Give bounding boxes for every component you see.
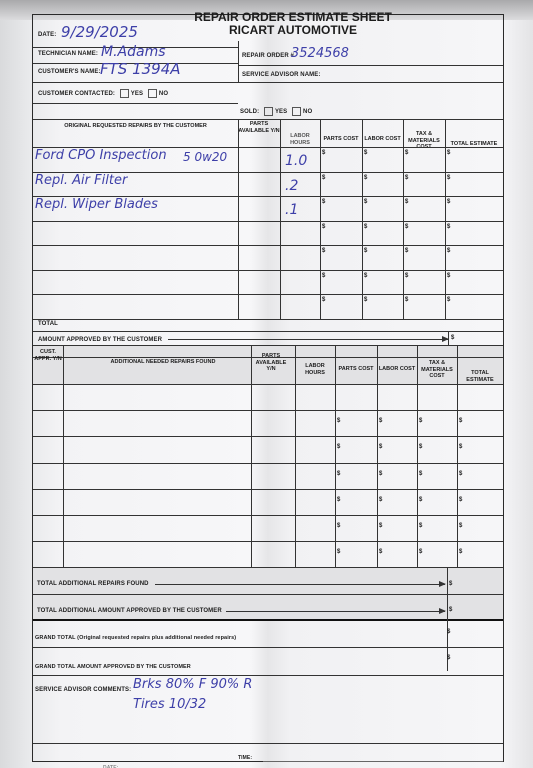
customer-contacted-text: CUSTOMER CONTACTED: [38, 91, 115, 97]
additional-cost-cell[interactable]: $ [459, 444, 462, 450]
original-cost-cell[interactable]: $ [322, 199, 325, 205]
original-cost-cell[interactable]: $ [405, 175, 408, 181]
customer-name-label: CUSTOMER'S NAME: [38, 69, 101, 75]
additional-cost-cell[interactable]: $ [379, 444, 382, 450]
comments-line1[interactable]: Brks 80% F 90% R [133, 677, 252, 692]
contacted-yes-checkbox[interactable] [120, 89, 129, 98]
original-cost-cell[interactable]: $ [405, 199, 408, 205]
header-add-parts-cost: PARTS COST [335, 366, 377, 373]
amount-approved-value[interactable]: $ [451, 335, 454, 341]
sold-yes-checkbox[interactable] [264, 107, 273, 116]
original-cost-cell[interactable]: $ [322, 273, 325, 279]
original-cost-cell[interactable]: $ [322, 297, 325, 303]
contacted-yes-label: YES [131, 91, 143, 97]
customer-name-field[interactable]: FTS 1394A [100, 60, 181, 78]
additional-repair-description[interactable] [63, 515, 251, 541]
customer-contacted-label: CUSTOMER CONTACTED: YES NO [38, 89, 168, 98]
original-cost-cell[interactable]: $ [447, 150, 450, 156]
grand-total-value[interactable]: $ [447, 629, 450, 635]
additional-cost-cell[interactable]: $ [337, 523, 340, 529]
total-additional-label: TOTAL ADDITIONAL REPAIRS FOUND [37, 581, 149, 587]
date-field[interactable]: 9/29/2025 [61, 23, 138, 41]
header-add-total-estimate: TOTAL ESTIMATE [457, 370, 503, 383]
additional-cust-appr-cell[interactable] [33, 515, 63, 541]
original-cost-cell[interactable]: $ [447, 297, 450, 303]
additional-cost-cell[interactable]: $ [379, 497, 382, 503]
amount-approved-label: AMOUNT APPROVED BY THE CUSTOMER [38, 337, 162, 343]
original-cost-cell[interactable]: $ [364, 248, 367, 254]
original-labor-hours[interactable]: .1 [285, 202, 298, 218]
original-cost-cell[interactable]: $ [447, 273, 450, 279]
contacted-no-label: NO [159, 91, 168, 97]
sold-yes-label: YES [275, 109, 287, 115]
original-cost-cell[interactable]: $ [447, 175, 450, 181]
grand-total-approved-label: GRAND TOTAL AMOUNT APPROVED BY THE CUSTO… [35, 664, 191, 670]
additional-cost-cell[interactable]: $ [379, 549, 382, 555]
original-cost-cell[interactable]: $ [364, 199, 367, 205]
additional-cost-cell[interactable]: $ [419, 523, 422, 529]
additional-repair-description[interactable] [63, 463, 251, 489]
original-repair-note[interactable]: 5 0w20 [183, 150, 227, 164]
additional-cost-cell[interactable]: $ [419, 418, 422, 424]
original-labor-hours[interactable]: 1.0 [285, 153, 307, 169]
comments-line2[interactable]: Tires 10/32 [133, 697, 206, 712]
comments-label: SERVICE ADVISOR COMMENTS: [35, 687, 131, 693]
header-original-repairs: ORIGINAL REQUESTED REPAIRS BY THE CUSTOM… [33, 123, 238, 130]
additional-cust-appr-cell[interactable] [33, 436, 63, 462]
additional-cost-cell[interactable]: $ [459, 549, 462, 555]
additional-cust-appr-cell[interactable] [33, 410, 63, 436]
original-cost-cell[interactable]: $ [405, 150, 408, 156]
additional-repair-description[interactable] [63, 436, 251, 462]
technician-label: TECHNICIAN NAME: [38, 51, 98, 57]
header-parts-available: PARTS AVAILABLE Y/N [238, 121, 280, 134]
additional-cost-cell[interactable]: $ [419, 497, 422, 503]
total-additional-value[interactable]: $ [449, 581, 452, 587]
additional-repair-description[interactable] [63, 384, 251, 410]
original-cost-cell[interactable]: $ [322, 175, 325, 181]
total-additional-approved-value[interactable]: $ [449, 607, 452, 613]
original-cost-cell[interactable]: $ [405, 224, 408, 230]
original-cost-cell[interactable]: $ [364, 273, 367, 279]
additional-cost-cell[interactable]: $ [459, 497, 462, 503]
sold-no-checkbox[interactable] [292, 107, 301, 116]
original-cost-cell[interactable]: $ [364, 150, 367, 156]
additional-cost-cell[interactable]: $ [379, 418, 382, 424]
additional-repair-description[interactable] [63, 410, 251, 436]
additional-cost-cell[interactable]: $ [459, 418, 462, 424]
original-cost-cell[interactable]: $ [322, 248, 325, 254]
header-add-labor-hours: LABOR HOURS [295, 363, 335, 376]
header-add-labor-cost: LABOR COST [377, 366, 417, 373]
original-cost-cell[interactable]: $ [447, 248, 450, 254]
repair-order-estimate-sheet: REPAIR ORDER ESTIMATE SHEET RICART AUTOM… [32, 14, 504, 762]
original-repair-description[interactable]: Repl. Wiper Blades [35, 197, 158, 212]
additional-cust-appr-cell[interactable] [33, 541, 63, 567]
sold-row: SOLD: YES NO [240, 107, 312, 116]
additional-cost-cell[interactable]: $ [419, 444, 422, 450]
form-title-line2: RICART AUTOMOTIVE [173, 24, 413, 37]
additional-cost-cell[interactable]: $ [337, 497, 340, 503]
original-repair-description[interactable]: Repl. Air Filter [35, 173, 127, 188]
header-labor-cost: LABOR COST [362, 136, 403, 143]
service-advisor-label: SERVICE ADVISOR NAME: [242, 72, 320, 78]
additional-repair-description[interactable] [63, 541, 251, 567]
contacted-no-checkbox[interactable] [148, 89, 157, 98]
sold-label: SOLD: [240, 109, 259, 115]
additional-cost-cell[interactable]: $ [459, 471, 462, 477]
original-cost-cell[interactable]: $ [364, 297, 367, 303]
additional-cust-appr-cell[interactable] [33, 463, 63, 489]
original-cost-cell[interactable]: $ [405, 273, 408, 279]
original-cost-cell[interactable]: $ [447, 199, 450, 205]
header-labor-hours: LABOR HOURS [280, 133, 320, 146]
technician-field[interactable]: M.Adams [101, 44, 166, 60]
grand-total-approved-value[interactable]: $ [447, 655, 450, 661]
repair-order-field[interactable]: 3524568 [291, 46, 349, 61]
additional-cost-cell[interactable]: $ [337, 418, 340, 424]
additional-cost-cell[interactable]: $ [337, 471, 340, 477]
original-total-label: TOTAL [38, 321, 58, 327]
time-label: TIME: [238, 755, 252, 761]
original-cost-cell[interactable]: $ [322, 224, 325, 230]
original-cost-cell[interactable]: $ [405, 297, 408, 303]
form-title: REPAIR ORDER ESTIMATE SHEET RICART AUTOM… [173, 11, 413, 37]
header-parts-cost: PARTS COST [320, 136, 362, 143]
original-cost-cell[interactable]: $ [322, 150, 325, 156]
additional-cost-cell[interactable]: $ [419, 549, 422, 555]
original-cost-cell[interactable]: $ [364, 175, 367, 181]
additional-repair-description[interactable] [63, 489, 251, 515]
original-cost-cell[interactable]: $ [364, 224, 367, 230]
original-repair-description[interactable]: Ford CPO Inspection [35, 148, 167, 163]
original-cost-cell[interactable]: $ [405, 248, 408, 254]
header-add-parts-available: PARTS AVAILABLE Y/N [251, 353, 291, 373]
total-additional-approved-label: TOTAL ADDITIONAL AMOUNT APPROVED BY THE … [37, 608, 222, 614]
sold-no-label: NO [303, 109, 312, 115]
additional-cost-cell[interactable]: $ [459, 523, 462, 529]
header-add-tax-materials: TAX & MATERIALS COST [417, 360, 457, 380]
additional-cust-appr-cell[interactable] [33, 489, 63, 515]
original-cost-cell[interactable]: $ [447, 224, 450, 230]
additional-cost-cell[interactable]: $ [379, 471, 382, 477]
grand-total-label: GRAND TOTAL (Original requested repairs … [35, 635, 236, 641]
header-cust-appr: CUST. APPR. Y/N [33, 349, 63, 362]
additional-cost-cell[interactable]: $ [379, 523, 382, 529]
original-labor-hours[interactable]: .2 [285, 178, 298, 194]
additional-cust-appr-cell[interactable] [33, 384, 63, 410]
additional-cost-cell[interactable]: $ [337, 444, 340, 450]
header-additional-repairs: ADDITIONAL NEEDED REPAIRS FOUND [63, 359, 263, 366]
additional-cost-cell[interactable]: $ [337, 549, 340, 555]
additional-cost-cell[interactable]: $ [419, 471, 422, 477]
repair-order-label: REPAIR ORDER # [242, 53, 294, 59]
date-label: DATE: [38, 32, 56, 38]
